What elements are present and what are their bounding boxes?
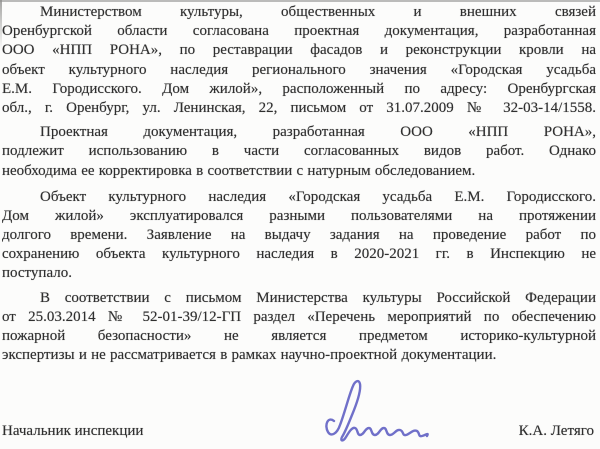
- text-line: подлежит использованию в части согласова…: [2, 142, 596, 161]
- text-line: пожарной безопасности» не является предм…: [2, 327, 596, 346]
- scan-edge-left: [0, 0, 2, 50]
- text-line: Проектная документация, разработанная ОО…: [2, 123, 596, 142]
- text-line: экспертизы и не рассматривается в рамках…: [2, 346, 596, 365]
- scan-edge-top: [0, 0, 600, 2]
- signer-name: К.А. Летяго: [519, 423, 594, 440]
- text-line: ООО «НПП РОНА», по реставрации фасадов и…: [2, 41, 596, 60]
- text-line: поступало.: [2, 264, 596, 283]
- text-line: Дом жилой» эксплуатировался разными поль…: [2, 207, 596, 226]
- document-page: Министерством культуры, общественных и в…: [0, 0, 600, 449]
- text-line: Е.М. Городисского. Дом жилой», расположе…: [2, 80, 596, 99]
- text-line: объект культурного наследия региональног…: [2, 61, 596, 80]
- paragraph-4: В соответствии с письмом Министерства ку…: [2, 289, 596, 366]
- handwritten-signature-ink: [318, 377, 434, 447]
- text-line: Объект культурного наследия «Городская у…: [2, 188, 596, 207]
- signer-title: Начальник инспекции: [2, 423, 143, 440]
- text-line: обл., г. Оренбург, ул. Ленинская, 22, пи…: [2, 99, 596, 118]
- text-line: необходима ее корректировка в соответств…: [2, 162, 596, 181]
- text-line: сохранению объекта культурного наследия …: [2, 245, 596, 264]
- text-line: долгого времени. Заявление на выдачу зад…: [2, 226, 596, 245]
- paragraph-1: Министерством культуры, общественных и в…: [2, 3, 596, 118]
- text-line: Оренбургской области согласована проектн…: [2, 22, 596, 41]
- text-line: Министерством культуры, общественных и в…: [2, 3, 596, 22]
- paragraph-3: Объект культурного наследия «Городская у…: [2, 188, 596, 284]
- text-line: от 25.03.2014 № 52-01-39/12-ГП раздел «П…: [2, 308, 596, 327]
- paragraph-2: Проектная документация, разработанная ОО…: [2, 123, 596, 181]
- signature-stroke: [326, 381, 427, 440]
- text-line: В соответствии с письмом Министерства ку…: [2, 289, 596, 308]
